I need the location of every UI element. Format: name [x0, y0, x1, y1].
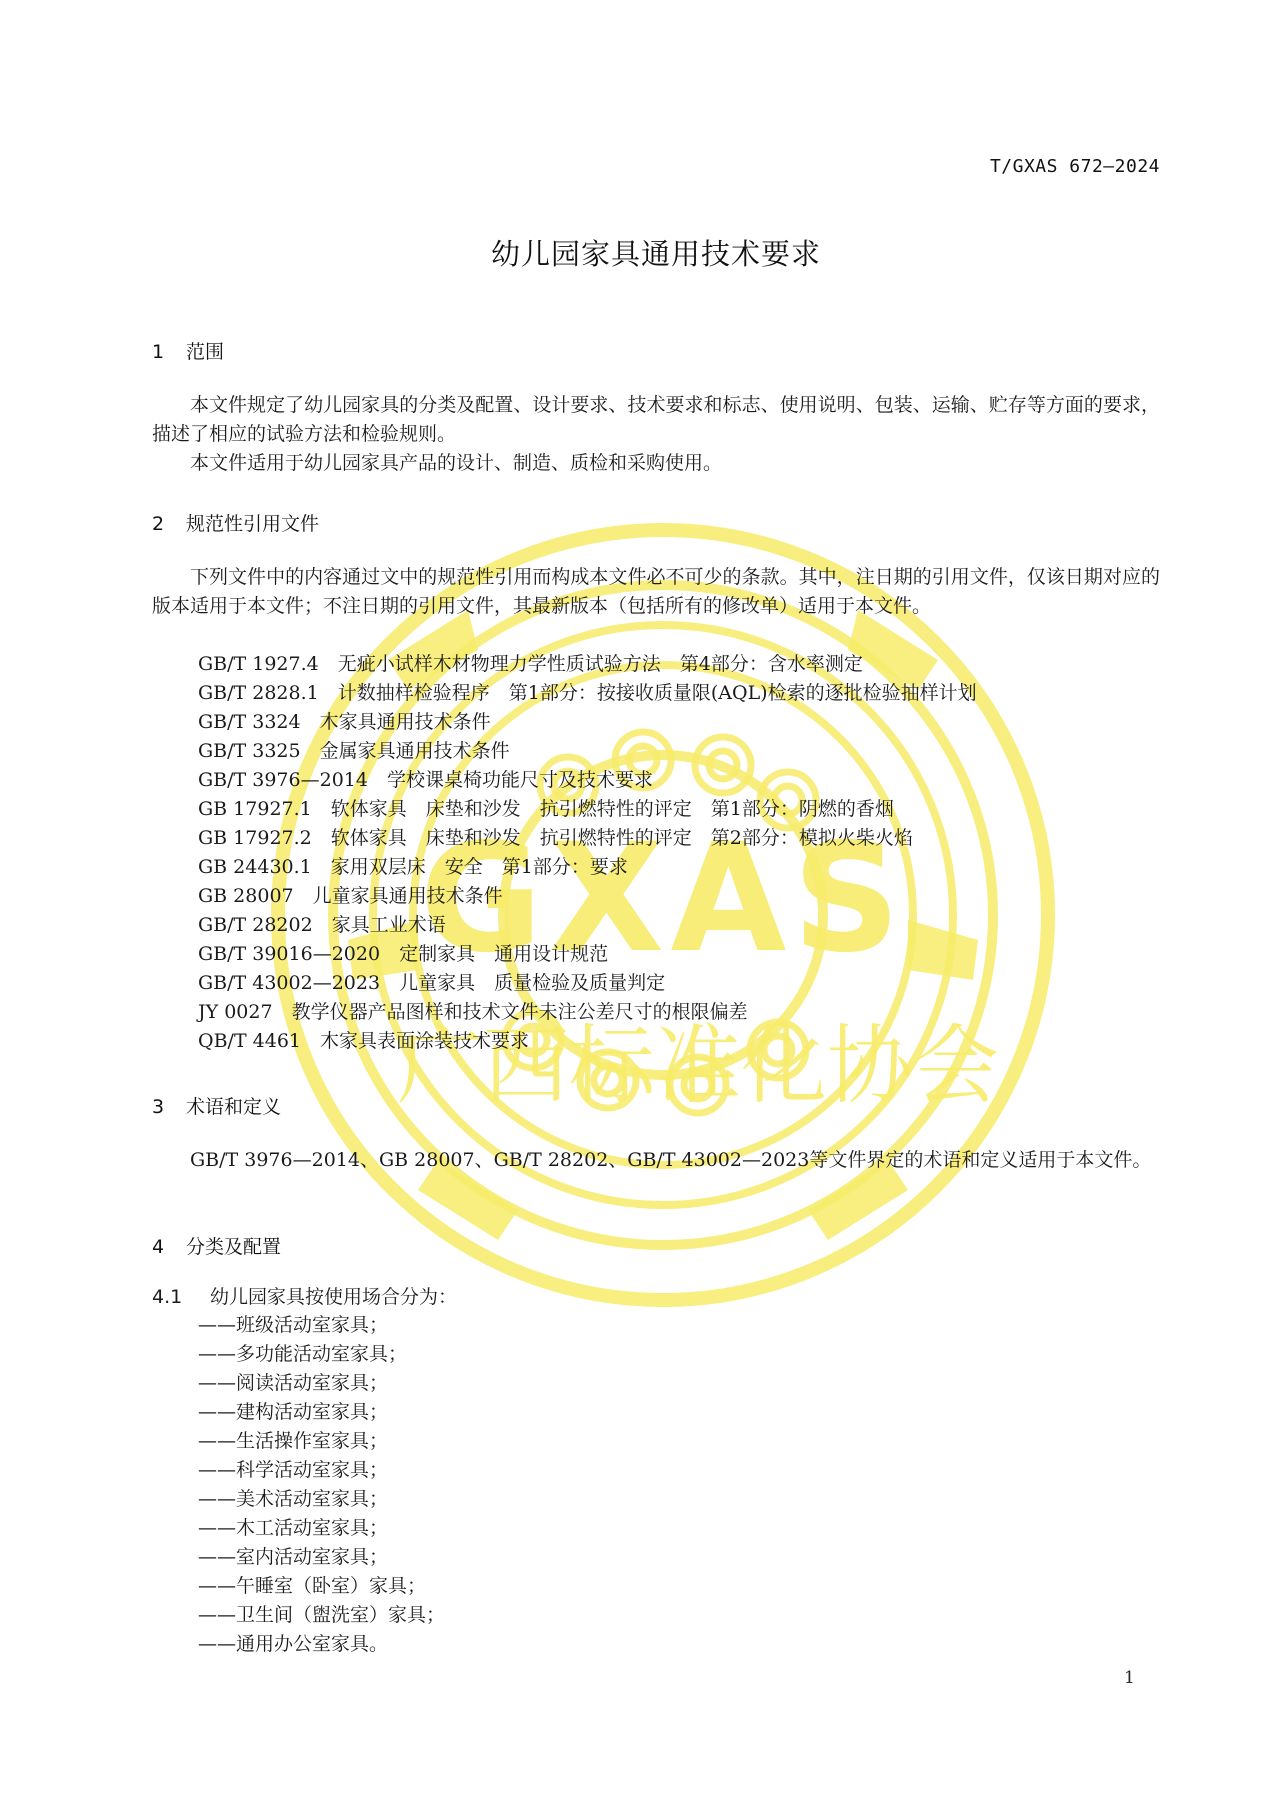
list-item: ——室内活动室家具； — [198, 1543, 445, 1572]
reference-title: 家具工业术语 — [332, 914, 446, 936]
reference-title: 金属家具通用技术条件 — [320, 740, 510, 762]
reference-item: QB/T 4461 木家具表面涂装技术要求 — [198, 1027, 977, 1056]
section-number: 1 — [152, 341, 186, 363]
reference-title: 计数抽样检验程序 第1部分：按接收质量限(AQL)检索的逐批检验抽样计划 — [338, 682, 977, 704]
document-page: GXAS 广西标准化协会 T/GXAS 672—2024 幼儿园家具通用技术要求… — [0, 0, 1280, 1810]
section-heading-2: 2规范性引用文件 — [152, 509, 319, 536]
section-heading-3: 3术语和定义 — [152, 1092, 281, 1119]
list-item: ——生活操作室家具； — [198, 1427, 445, 1456]
section-title: 分类及配置 — [186, 1236, 281, 1258]
reference-code: GB/T 43002—2023 — [198, 972, 380, 994]
reference-item: GB/T 3324 木家具通用技术条件 — [198, 708, 977, 737]
reference-item: GB 17927.2 软体家具 床垫和沙发 抗引燃特性的评定 第2部分：模拟火柴… — [198, 824, 977, 853]
terms-paragraph: GB/T 3976—2014、GB 28007、GB/T 28202、GB/T … — [152, 1146, 1160, 1175]
list-item: ——班级活动室家具； — [198, 1311, 445, 1340]
reference-item: GB 24430.1 家用双层床 安全 第1部分：要求 — [198, 853, 977, 882]
list-item: ——通用办公室家具。 — [198, 1630, 445, 1659]
reference-title: 家用双层床 安全 第1部分：要求 — [331, 856, 628, 878]
reference-code: GB/T 28202 — [198, 914, 313, 936]
section-number: 3 — [152, 1096, 186, 1118]
reference-title: 软体家具 床垫和沙发 抗引燃特性的评定 第1部分：阴燃的香烟 — [331, 798, 894, 820]
reference-code: JY 0027 — [198, 1001, 273, 1023]
scope-paragraph-2: 本文件适用于幼儿园家具产品的设计、制造、质检和采购使用。 — [152, 449, 1160, 478]
reference-item: GB/T 28202 家具工业术语 — [198, 911, 977, 940]
reference-code: GB/T 39016—2020 — [198, 943, 380, 965]
list-item: ——建构活动室家具； — [198, 1398, 445, 1427]
reference-code: GB 17927.1 — [198, 798, 312, 820]
reference-title: 无疵小试样木材物理力学性质试验方法 第4部分：含水率测定 — [338, 653, 863, 675]
reference-title: 学校课桌椅功能尺寸及技术要求 — [387, 769, 653, 791]
reference-item: GB 28007 儿童家具通用技术条件 — [198, 882, 977, 911]
reference-code: GB/T 2828.1 — [198, 682, 319, 704]
list-item: ——美术活动室家具； — [198, 1485, 445, 1514]
section-title: 术语和定义 — [186, 1096, 281, 1118]
reference-item: GB/T 43002—2023 儿童家具 质量检验及质量判定 — [198, 969, 977, 998]
reference-item: JY 0027 教学仪器产品图样和技术文件未注公差尺寸的根限偏差 — [198, 998, 977, 1027]
reference-title: 木家具表面涂装技术要求 — [320, 1030, 529, 1052]
reference-item: GB/T 2828.1 计数抽样检验程序 第1部分：按接收质量限(AQL)检索的… — [198, 679, 977, 708]
standard-code: T/GXAS 672—2024 — [990, 156, 1160, 177]
reference-code: GB 28007 — [198, 885, 294, 907]
reference-title: 儿童家具通用技术条件 — [313, 885, 503, 907]
clause-number: 4.1 — [152, 1286, 210, 1308]
page-number: 1 — [1124, 1668, 1135, 1688]
clause-4-1: 4.1幼儿园家具按使用场合分为： — [152, 1282, 457, 1309]
normative-refs-intro: 下列文件中的内容通过文中的规范性引用而构成本文件必不可少的条款。其中，注日期的引… — [152, 563, 1160, 621]
list-item: ——阅读活动室家具； — [198, 1369, 445, 1398]
scope-paragraph-1: 本文件规定了幼儿园家具的分类及配置、设计要求、技术要求和标志、使用说明、包装、运… — [152, 391, 1160, 449]
reference-item: GB/T 3976—2014 学校课桌椅功能尺寸及技术要求 — [198, 766, 977, 795]
document-title: 幼儿园家具通用技术要求 — [152, 232, 1160, 273]
list-item: ——卫生间（盥洗室）家具； — [198, 1601, 445, 1630]
reference-code: GB 24430.1 — [198, 856, 312, 878]
reference-code: GB/T 3325 — [198, 740, 301, 762]
clause-text: 幼儿园家具按使用场合分为： — [210, 1286, 457, 1308]
reference-code: GB/T 3324 — [198, 711, 301, 733]
reference-item: GB/T 3325 金属家具通用技术条件 — [198, 737, 977, 766]
list-item: ——木工活动室家具； — [198, 1514, 445, 1543]
list-item: ——科学活动室家具； — [198, 1456, 445, 1485]
reference-list: GB/T 1927.4 无疵小试样木材物理力学性质试验方法 第4部分：含水率测定… — [198, 650, 977, 1056]
reference-code: GB 17927.2 — [198, 827, 312, 849]
section-title: 规范性引用文件 — [186, 513, 319, 535]
section-heading-4: 4分类及配置 — [152, 1232, 281, 1259]
reference-code: GB/T 1927.4 — [198, 653, 319, 675]
list-item: ——多功能活动室家具； — [198, 1340, 445, 1369]
reference-title: 木家具通用技术条件 — [320, 711, 491, 733]
reference-title: 定制家具 通用设计规范 — [399, 943, 608, 965]
reference-title: 软体家具 床垫和沙发 抗引燃特性的评定 第2部分：模拟火柴火焰 — [331, 827, 913, 849]
reference-item: GB 17927.1 软体家具 床垫和沙发 抗引燃特性的评定 第1部分：阴燃的香… — [198, 795, 977, 824]
section-number: 2 — [152, 513, 186, 535]
reference-item: GB/T 1927.4 无疵小试样木材物理力学性质试验方法 第4部分：含水率测定 — [198, 650, 977, 679]
furniture-category-list: ——班级活动室家具； ——多功能活动室家具； ——阅读活动室家具； ——建构活动… — [198, 1311, 445, 1659]
reference-item: GB/T 39016—2020 定制家具 通用设计规范 — [198, 940, 977, 969]
section-number: 4 — [152, 1236, 186, 1258]
reference-code: QB/T 4461 — [198, 1030, 301, 1052]
reference-code: GB/T 3976—2014 — [198, 769, 368, 791]
reference-title: 儿童家具 质量检验及质量判定 — [399, 972, 665, 994]
reference-title: 教学仪器产品图样和技术文件未注公差尺寸的根限偏差 — [292, 1001, 748, 1023]
section-title: 范围 — [186, 341, 224, 363]
list-item: ——午睡室（卧室）家具； — [198, 1572, 445, 1601]
section-heading-1: 1范围 — [152, 337, 224, 364]
